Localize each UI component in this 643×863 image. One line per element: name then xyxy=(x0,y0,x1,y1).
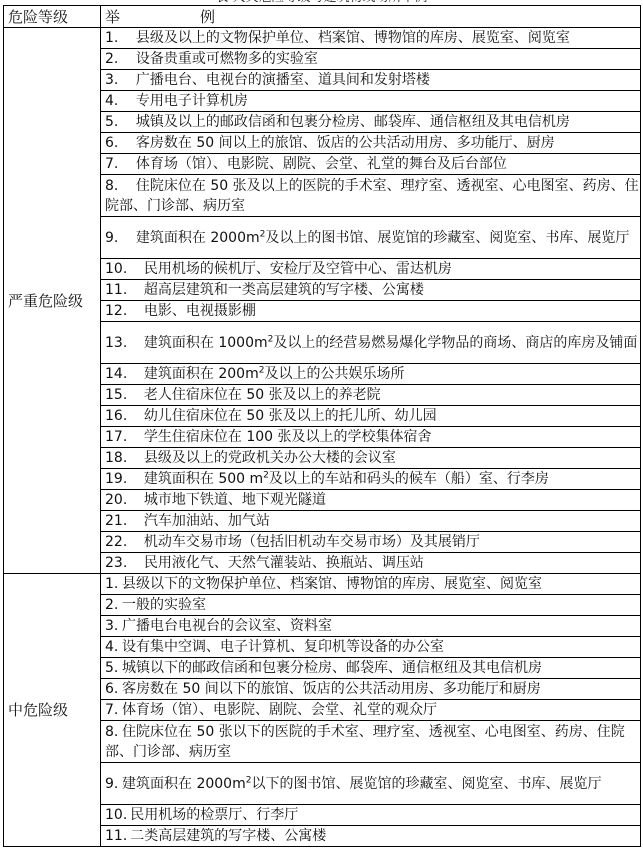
item-text: 客房数在 50 间以下的旅馆、饭店的公共活动用房、多功能厅和厨房 xyxy=(122,681,541,697)
item-number: 9. xyxy=(105,774,119,794)
header-examples-char-1: 举 xyxy=(105,8,120,26)
example-item: 4.设有集中空调、电子计算机、复印机等设备的办公室 xyxy=(101,637,641,658)
item-text: 建筑面积在 500 m xyxy=(144,471,263,487)
item-number: 12. xyxy=(105,301,135,321)
example-item: 12. 电影、电视摄影棚 xyxy=(101,301,641,322)
example-item: 1. 县级及以上的文物保护单位、档案馆、博物馆的库房、展览室、阅览室 xyxy=(101,28,641,49)
item-text-cont: 以下的图书馆、展览馆的珍藏室、阅览室、书库、展览厅 xyxy=(251,776,601,792)
table-row: 严重危险级1. 县级及以上的文物保护单位、档案馆、博物馆的库房、展览室、阅览室 xyxy=(4,28,641,49)
example-item: 15. 老人住宿床位在 50 张及以上的养老院 xyxy=(101,385,641,406)
item-text: 城市地下铁道、地下观光隧道 xyxy=(144,492,326,508)
item-text: 住院床位在 50 张以下的医院的手术室、理疗室、透视室、心电图室、药房、住院部、… xyxy=(105,724,625,760)
item-text: 广播电台、电视台的演播室、道具间和发射塔楼 xyxy=(136,72,430,88)
example-item: 7. 体育场（馆）、电影院、剧院、会堂、礼堂的舞台及后台部位 xyxy=(101,154,641,175)
item-number: 20. xyxy=(105,490,135,510)
item-number: 13. xyxy=(105,333,135,353)
example-item: 8. 住院床位在 50 张及以上的医院的手术室、理疗室、透视室、心电图室、药房、… xyxy=(101,175,641,217)
item-text-cont: 及以上的车站和码头的候车（船）室、行李房 xyxy=(269,471,549,487)
item-text: 县级以下的文物保护单位、档案馆、博物馆的库房、展览室、阅览室 xyxy=(122,576,542,592)
example-item: 17. 学生住宿床位在 100 张及以上的学校集体宿舍 xyxy=(101,427,641,448)
item-text: 汽车加油站、加气站 xyxy=(144,513,270,529)
item-number: 2. xyxy=(105,595,119,615)
item-text: 建筑面积在 1000m xyxy=(144,335,268,351)
item-text-cont: 及以上的公共娱乐场所 xyxy=(264,366,404,382)
item-text: 城镇以下的邮政信函和包裹分检房、邮袋库、通信枢纽及其电信机房 xyxy=(122,660,542,676)
item-text: 民用机场的检票厅、行李厅 xyxy=(130,807,298,823)
item-number: 10. xyxy=(105,805,127,825)
item-text: 广播电台电视台的会议室、资料室 xyxy=(122,618,332,634)
example-item: 4. 专用电子计算机房 xyxy=(101,91,641,112)
item-number: 17. xyxy=(105,427,135,447)
item-number: 9. xyxy=(105,228,127,248)
item-number: 23. xyxy=(105,553,135,573)
item-text: 机动车交易市场（包括旧机动车交易市场）及其展销厅 xyxy=(144,534,480,550)
hazard-level-table: 危险等级 举例 严重危险级1. 县级及以上的文物保护单位、档案馆、博物馆的库房、… xyxy=(3,5,641,847)
example-item: 2. 设备贵重或可燃物多的实验室 xyxy=(101,49,641,70)
item-text: 体育场（馆）、电影院、剧院、会堂、礼堂的舞台及后台部位 xyxy=(136,156,507,172)
level-medium: 中危险级 xyxy=(4,574,101,847)
item-number: 11. xyxy=(105,826,127,846)
item-text-cont: 及以上的经营易燃易爆化学物品的商场、商店的库房及铺面 xyxy=(273,335,637,351)
item-text: 客房数在 50 间以上的旅馆、饭店的公共活动用房、多功能厅、厨房 xyxy=(136,135,555,151)
example-item: 10. 民用机场的候机厅、安检厅及空管中心、雷达机房 xyxy=(101,259,641,280)
item-number: 10. xyxy=(105,259,135,279)
item-number: 3. xyxy=(105,616,119,636)
example-item: 6.客房数在 50 间以下的旅馆、饭店的公共活动用房、多功能厅和厨房 xyxy=(101,679,641,700)
item-number: 11. xyxy=(105,280,135,300)
example-item: 21. 汽车加油站、加气站 xyxy=(101,511,641,532)
item-number: 14. xyxy=(105,364,135,384)
item-text: 建筑面积在 2000m xyxy=(122,776,246,792)
item-text: 幼儿住宿床位在 50 张及以上的托儿所、幼儿园 xyxy=(144,408,437,424)
item-number: 15. xyxy=(105,385,135,405)
item-text: 一般的实验室 xyxy=(122,597,206,613)
example-item: 19. 建筑面积在 500 m2及以上的车站和码头的候车（船）室、行李房 xyxy=(101,469,641,490)
example-item: 13. 建筑面积在 1000m2及以上的经营易燃易爆化学物品的商场、商店的库房及… xyxy=(101,322,641,364)
item-number: 2. xyxy=(105,49,127,69)
item-text: 学生住宿床位在 100 张及以上的学校集体宿舍 xyxy=(144,429,432,445)
example-item: 9. 建筑面积在 2000m2及以上的图书馆、展览馆的珍藏室、阅览室、书库、展览… xyxy=(101,217,641,259)
item-text: 民用液化气、天然气灌装站、换瓶站、调压站 xyxy=(144,555,424,571)
item-number: 8. xyxy=(105,722,119,742)
item-number: 22. xyxy=(105,532,135,552)
level-severe: 严重危险级 xyxy=(4,28,101,574)
item-text: 设备贵重或可燃物多的实验室 xyxy=(136,51,318,67)
item-text: 住院床位在 50 张及以上的医院的手术室、理疗室、透视室、心电图室、药房、住院部… xyxy=(105,178,639,214)
item-number: 18. xyxy=(105,448,135,468)
table-header-row: 危险等级 举例 xyxy=(4,6,641,28)
item-number: 7. xyxy=(105,700,119,720)
example-item: 7.体育场（馆）、电影院、剧院、会堂、礼堂的观众厅 xyxy=(101,700,641,721)
item-text: 专用电子计算机房 xyxy=(136,93,248,109)
item-number: 1. xyxy=(105,28,127,48)
item-text: 电影、电视摄影棚 xyxy=(144,303,256,319)
table-row: 中危险级1.县级以下的文物保护单位、档案馆、博物馆的库房、展览室、阅览室 xyxy=(4,574,641,595)
example-item: 3.广播电台电视台的会议室、资料室 xyxy=(101,616,641,637)
example-item: 11. 超高层建筑和一类高层建筑的写字楼、公寓楼 xyxy=(101,280,641,301)
item-number: 19. xyxy=(105,469,135,489)
example-item: 16. 幼儿住宿床位在 50 张及以上的托儿所、幼儿园 xyxy=(101,406,641,427)
item-text: 设有集中空调、电子计算机、复印机等设备的办公室 xyxy=(122,639,444,655)
item-text: 建筑面积在 2000m xyxy=(136,230,260,246)
item-number: 6. xyxy=(105,679,119,699)
item-text: 城镇及以上的邮政信函和包裹分检房、邮袋库、通信枢纽及其电信机房 xyxy=(136,114,570,130)
item-number: 5. xyxy=(105,658,119,678)
item-text: 建筑面积在 200m xyxy=(144,366,259,382)
item-number: 16. xyxy=(105,406,135,426)
example-item: 23. 民用液化气、天然气灌装站、换瓶站、调压站 xyxy=(101,553,641,574)
example-item: 6. 客房数在 50 间以上的旅馆、饭店的公共活动用房、多功能厅、厨房 xyxy=(101,133,641,154)
item-text-cont: 及以上的图书馆、展览馆的珍藏室、阅览室、书库、展览厅 xyxy=(265,230,629,246)
example-item: 10.民用机场的检票厅、行李厅 xyxy=(101,805,641,826)
item-number: 1. xyxy=(105,574,119,594)
table-body: 严重危险级1. 县级及以上的文物保护单位、档案馆、博物馆的库房、展览室、阅览室2… xyxy=(4,28,641,847)
example-item: 20. 城市地下铁道、地下观光隧道 xyxy=(101,490,641,511)
item-text: 民用机场的候机厅、安检厅及空管中心、雷达机房 xyxy=(144,261,452,277)
item-text: 县级及以上的党政机关办公大楼的会议室 xyxy=(144,450,396,466)
example-item: 3. 广播电台、电视台的演播室、道具间和发射塔楼 xyxy=(101,70,641,91)
example-item: 14. 建筑面积在 200m2及以上的公共娱乐场所 xyxy=(101,364,641,385)
item-number: 4. xyxy=(105,91,127,111)
header-examples: 举例 xyxy=(101,6,641,28)
item-number: 5. xyxy=(105,112,127,132)
item-number: 8. xyxy=(105,176,127,196)
example-item: 5.城镇以下的邮政信函和包裹分检房、邮袋库、通信枢纽及其电信机房 xyxy=(101,658,641,679)
example-item: 18. 县级及以上的党政机关办公大楼的会议室 xyxy=(101,448,641,469)
example-item: 9.建筑面积在 2000m2以下的图书馆、展览馆的珍藏室、阅览室、书库、展览厅 xyxy=(101,763,641,805)
example-item: 22. 机动车交易市场（包括旧机动车交易市场）及其展销厅 xyxy=(101,532,641,553)
item-text: 县级及以上的文物保护单位、档案馆、博物馆的库房、展览室、阅览室 xyxy=(136,30,570,46)
item-text: 二类高层建筑的写字楼、公寓楼 xyxy=(130,828,326,844)
header-examples-char-2: 例 xyxy=(200,8,215,26)
item-text: 超高层建筑和一类高层建筑的写字楼、公寓楼 xyxy=(144,282,424,298)
item-number: 7. xyxy=(105,154,127,174)
item-number: 4. xyxy=(105,637,119,657)
item-text: 老人住宿床位在 50 张及以上的养老院 xyxy=(144,387,381,403)
item-number: 21. xyxy=(105,511,135,531)
header-hazard-level: 危险等级 xyxy=(4,6,101,28)
example-item: 5. 城镇及以上的邮政信函和包裹分检房、邮袋库、通信枢纽及其电信机房 xyxy=(101,112,641,133)
example-item: 2.一般的实验室 xyxy=(101,595,641,616)
example-item: 8.住院床位在 50 张以下的医院的手术室、理疗室、透视室、心电图室、药房、住院… xyxy=(101,721,641,763)
example-item: 11.二类高层建筑的写字楼、公寓楼 xyxy=(101,826,641,847)
item-number: 6. xyxy=(105,133,127,153)
item-number: 3. xyxy=(105,70,127,90)
item-text: 体育场（馆）、电影院、剧院、会堂、礼堂的观众厅 xyxy=(122,702,437,718)
example-item: 1.县级以下的文物保护单位、档案馆、博物馆的库房、展览室、阅览室 xyxy=(101,574,641,595)
